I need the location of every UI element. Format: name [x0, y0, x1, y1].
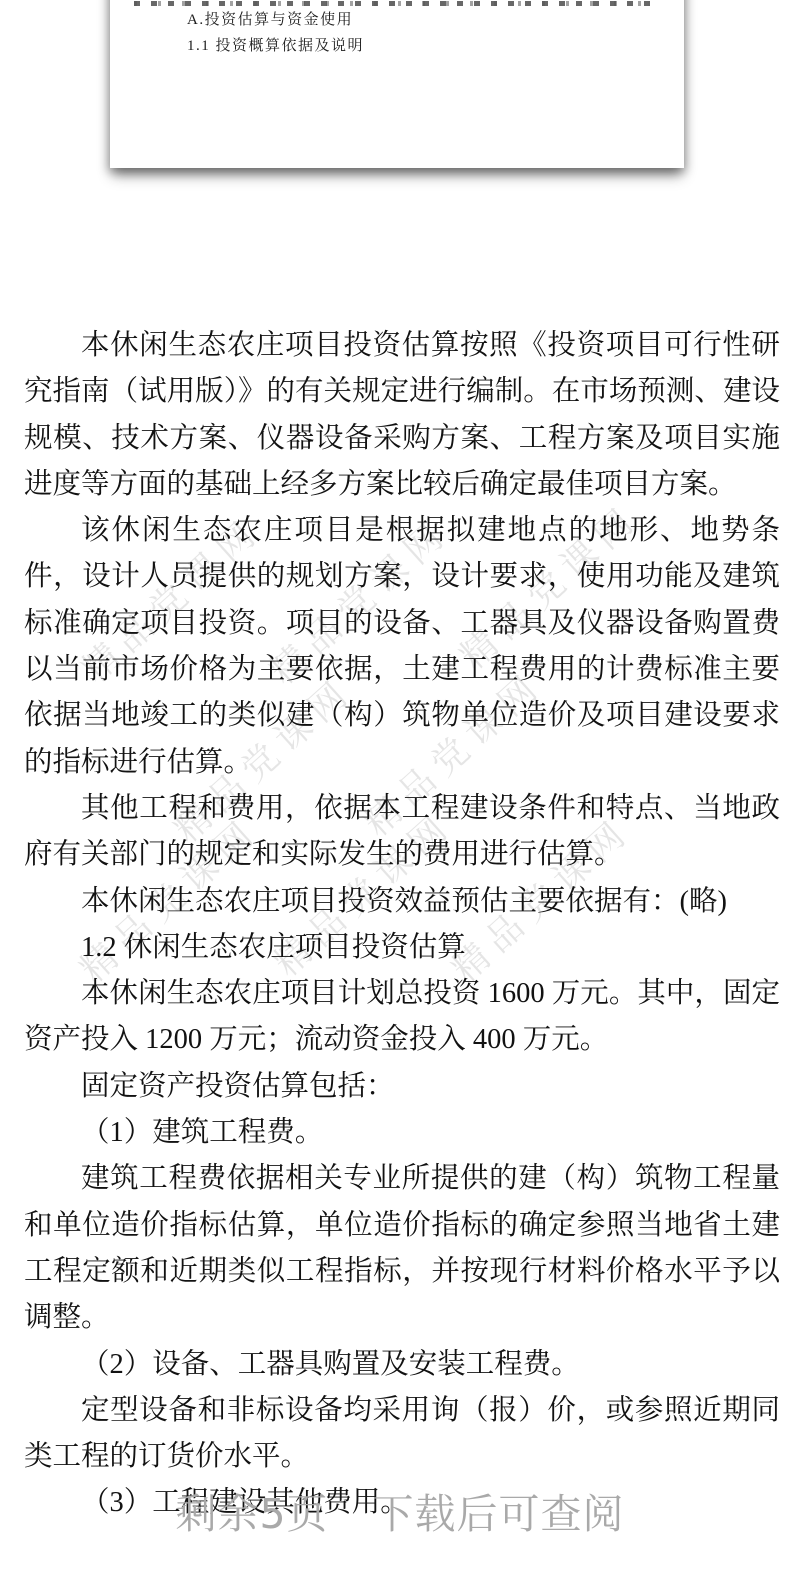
- body-paragraph: 其他工程和费用，依据本工程建设条件和特点、当地政府有关部门的规定和实际发生的费用…: [24, 786, 780, 879]
- clipped-title-line: [134, 1, 658, 6]
- remaining-pages-hint: 剩余5页下载后可查阅: [0, 1481, 800, 1540]
- body-paragraph: （1）建筑工程费。: [24, 1110, 780, 1156]
- body-paragraph: 本休闲生态农庄项目计划总投资 1600 万元。其中，固定资产投入 1200 万元…: [24, 971, 780, 1064]
- remaining-pages-count: 剩余5页: [175, 1490, 328, 1538]
- body-paragraph: 定型设备和非标设备均采用询（报）价，或参照近期同类工程的订货价水平。: [24, 1388, 780, 1481]
- body-paragraph: 本休闲生态农庄项目投资效益预估主要依据有：(略): [24, 879, 780, 925]
- body-paragraph: 本休闲生态农庄项目投资估算按照《投资项目可行性研究指南（试用版）》的有关规定进行…: [24, 323, 780, 508]
- document-body: 本休闲生态农庄项目投资估算按照《投资项目可行性研究指南（试用版）》的有关规定进行…: [24, 323, 780, 1527]
- card-heading-investment-estimate: A.投资估算与资金使用: [187, 8, 353, 29]
- body-paragraph: （2）设备、工器具购置及安装工程费。: [24, 1342, 780, 1388]
- card-heading-estimate-basis: 1.1 投资概算依据及说明: [187, 34, 364, 55]
- body-paragraph: 1.2 休闲生态农庄项目投资估算: [24, 925, 780, 971]
- document-preview-card: A.投资估算与资金使用 1.1 投资概算依据及说明: [110, 0, 684, 168]
- body-paragraph: 建筑工程费依据相关专业所提供的建（构）筑物工程量和单位造价指标估算，单位造价指标…: [24, 1156, 780, 1341]
- body-paragraph: 固定资产投资估算包括：: [24, 1064, 780, 1110]
- download-to-view-hint: 下载后可查阅: [373, 1490, 625, 1538]
- body-paragraph: 该休闲生态农庄项目是根据拟建地点的地形、地势条件，设计人员提供的规划方案，设计要…: [24, 508, 780, 786]
